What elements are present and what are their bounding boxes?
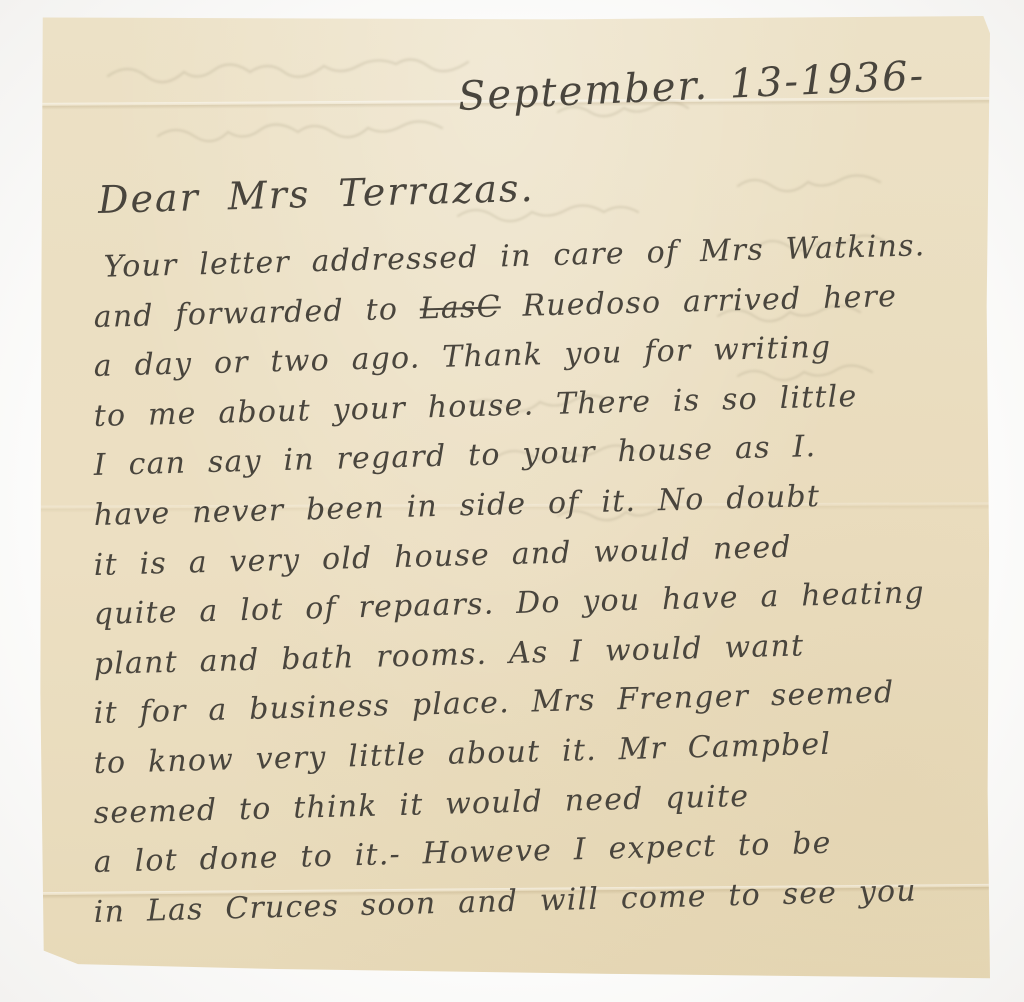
letter-body: Your letter addressed in care of Mrs Wat…: [94, 250, 994, 944]
scan-background: September. 13-1936- Dear Mrs Terrazas. Y…: [0, 0, 1024, 1002]
salutation: Dear Mrs Terrazas.: [97, 166, 535, 222]
date-line: September. 13-1936-: [457, 53, 926, 120]
struck-out-word: LasC: [419, 289, 501, 326]
letter-page: September. 13-1936- Dear Mrs Terrazas. Y…: [38, 16, 990, 984]
